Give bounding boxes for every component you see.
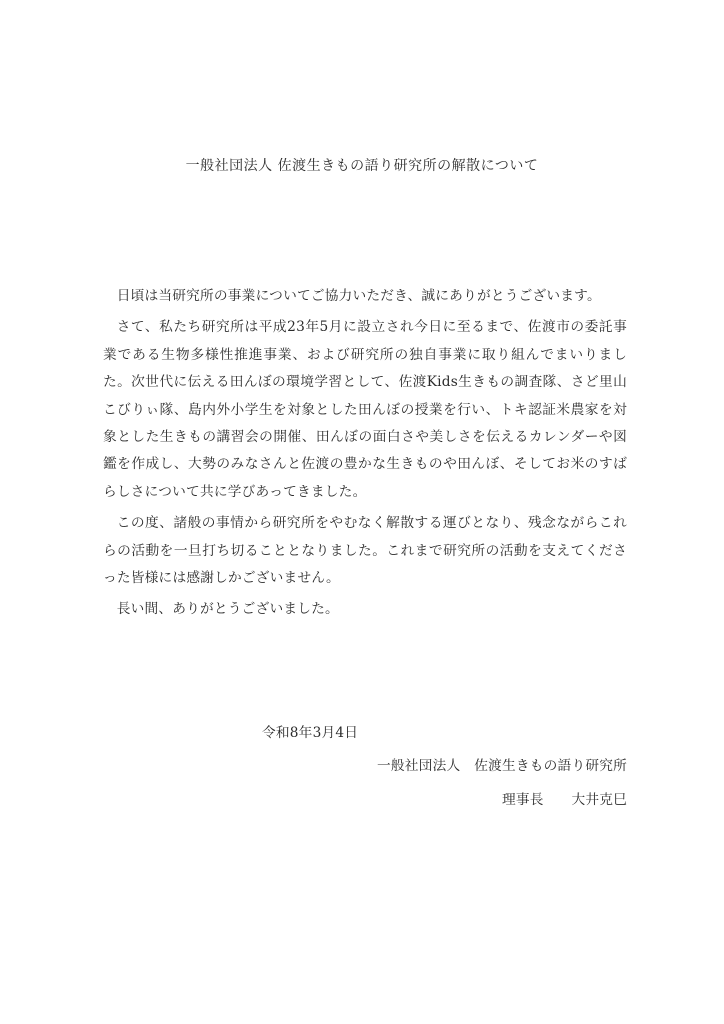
body-paragraph-thanks: 長い間、ありがとうございました。 (103, 596, 627, 623)
document-body: 日頃は当研究所の事業についてご協力いただき、誠にありがとうございます。 さて、私… (103, 283, 627, 624)
organization-line: 一般社団法人 佐渡生きもの語り研究所 (103, 753, 627, 780)
document-page: 一般社団法人 佐渡生きもの語り研究所の解散について 日頃は当研究所の事業について… (0, 0, 724, 1024)
document-footer: 令和8年3月4日 一般社団法人 佐渡生きもの語り研究所 理事長 大井克巳 (103, 720, 627, 814)
body-paragraph-greeting: 日頃は当研究所の事業についてご協力いただき、誠にありがとうございます。 (103, 283, 627, 310)
body-paragraph-history: さて、私たち研究所は平成23年5月に設立され今日に至るまで、佐渡市の委託事業であ… (103, 314, 627, 506)
document-title: 一般社団法人 佐渡生きもの語り研究所の解散について (0, 0, 724, 180)
body-paragraph-dissolution: この度、諸般の事情から研究所をやむなく解散する運びとなり、残念ながらこれらの活動… (103, 510, 627, 592)
signature-line: 理事長 大井克巳 (103, 787, 627, 814)
date-line: 令和8年3月4日 (103, 720, 627, 747)
